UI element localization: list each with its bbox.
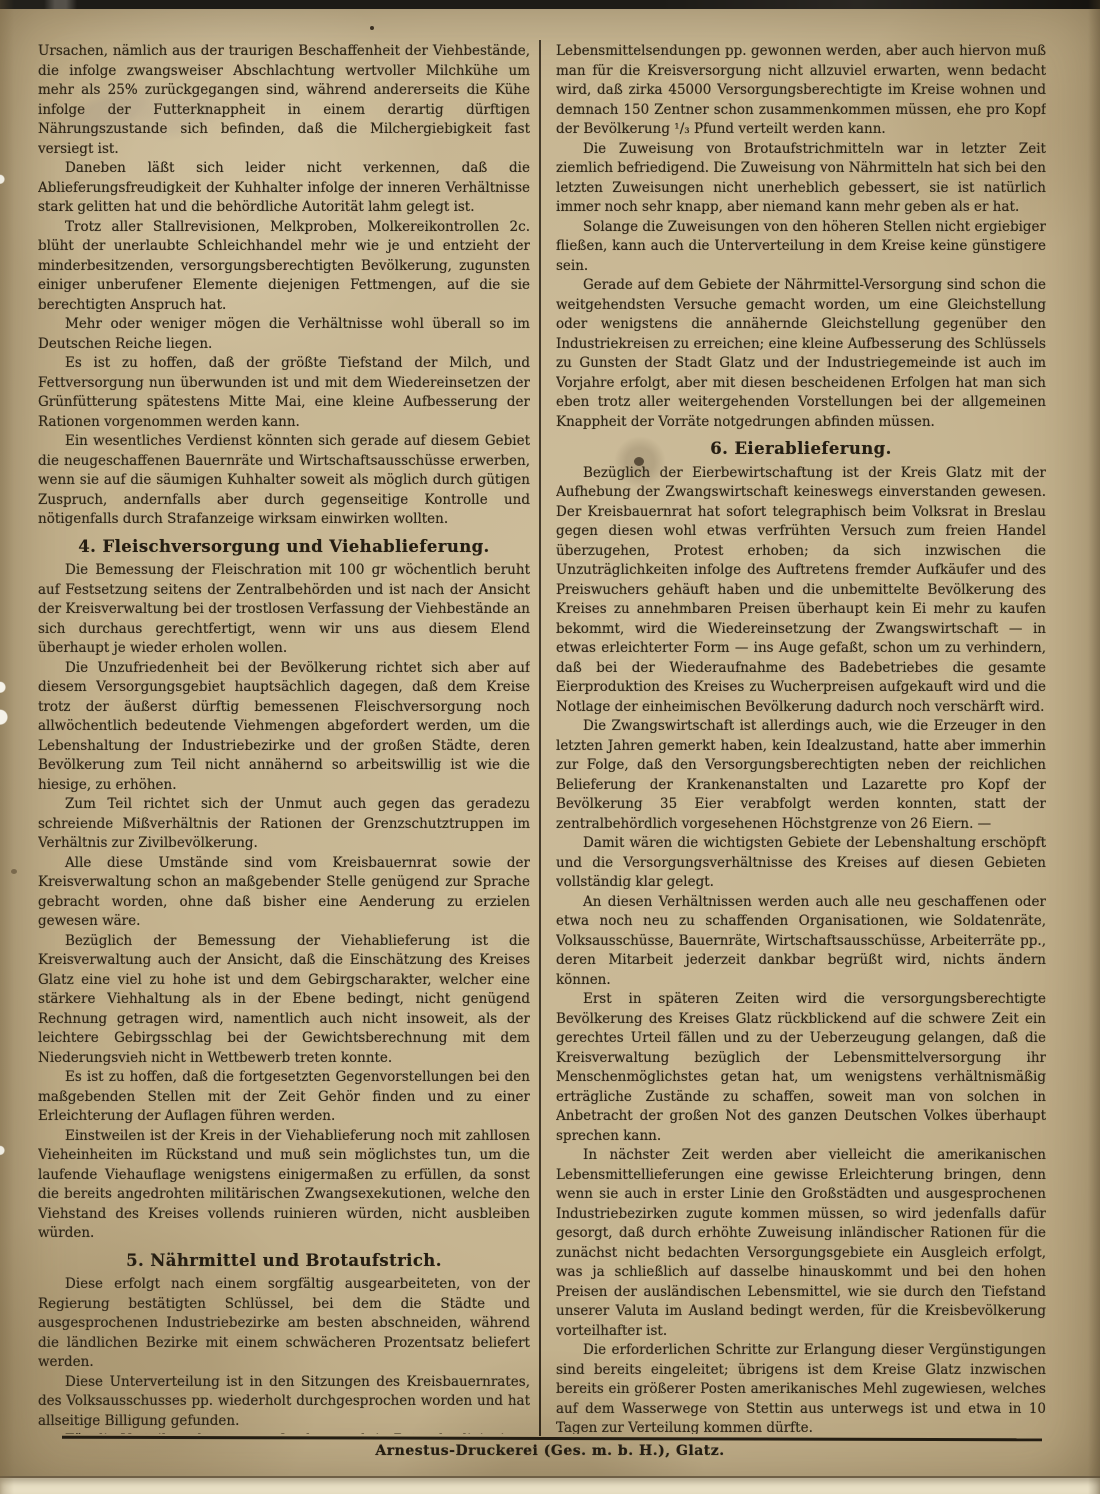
paragraph: Die Zwangswirtschaft ist allerdings auch… [556, 717, 1046, 834]
right-text-column: Lebensmittelsendungen pp. gewonnen werde… [556, 42, 1046, 1434]
paragraph: Die erforderlichen Schritte zur Erlangun… [556, 1341, 1046, 1434]
paragraph: Erst in späteren Zeiten wird die versorg… [556, 990, 1046, 1146]
left-text-column: Ursachen, nämlich aus der traurigen Besc… [38, 42, 530, 1434]
torn-paper-edge-left [0, 0, 14, 1494]
paragraph: Zum Teil richtet sich der Unmut auch geg… [38, 795, 530, 854]
section-heading: 5. Nährmittel und Brotaufstrich. [38, 1251, 530, 1271]
paragraph: Bezüglich der Eierbewirtschaftung ist de… [556, 464, 1046, 718]
paragraph: Solange die Zuweisungen von den höheren … [556, 218, 1046, 277]
paragraph: Für die Verteilung kommen außerdem noch … [38, 1431, 530, 1434]
paragraph: Diese Unterverteilung ist in den Sitzung… [38, 1373, 530, 1432]
scan-edge-bottom [0, 1476, 1100, 1494]
paragraph: Es ist zu hoffen, daß die fortgesetzten … [38, 1068, 530, 1127]
paragraph: Damit wären die wichtigsten Gebiete der … [556, 834, 1046, 893]
paragraph: Es ist zu hoffen, daß der größte Tiefsta… [38, 354, 530, 432]
paragraph: Die Zuweisung von Brotaufstrichmitteln w… [556, 140, 1046, 218]
paragraph: An diesen Verhältnissen werden auch alle… [556, 893, 1046, 991]
paragraph: Die Bemessung der Fleischration mit 100 … [38, 561, 530, 659]
paragraph: In nächster Zeit werden aber vielleicht … [556, 1146, 1046, 1341]
paragraph: Diese erfolgt nach einem sorgfältig ausg… [38, 1275, 530, 1373]
section-heading: 6. Eierablieferung. [556, 439, 1046, 459]
paragraph: Trotz aller Stallrevisionen, Melkproben,… [38, 218, 530, 316]
footer-rule [62, 1436, 1042, 1442]
scan-edge-right [1088, 0, 1100, 1494]
column-divider-rule [539, 40, 541, 1436]
paragraph: Ursachen, nämlich aus der traurigen Besc… [38, 42, 530, 159]
paragraph: Bezüglich der Bemessung der Viehabliefer… [38, 932, 530, 1069]
ink-blot [634, 457, 644, 466]
printer-imprint: Arnestus-Druckerei (Ges. m. b. H.), Glat… [0, 1443, 1100, 1459]
paragraph: Daneben läßt sich leider nicht verkennen… [38, 159, 530, 218]
paragraph: Alle diese Umstände sind vom Kreisbauern… [38, 854, 530, 932]
paragraph: Die Unzufriedenheit bei der Bevölkerung … [38, 659, 530, 796]
paragraph: Lebensmittelsendungen pp. gewonnen werde… [556, 42, 1046, 140]
ink-speck [370, 26, 374, 30]
scan-edge-top [0, 0, 1100, 9]
paragraph: Einstweilen ist der Kreis in der Viehabl… [38, 1127, 530, 1244]
paragraph: Mehr oder weniger mögen die Verhältnisse… [38, 315, 530, 354]
scanned-newspaper-page: Ursachen, nämlich aus der traurigen Besc… [0, 0, 1100, 1494]
paragraph: Gerade auf dem Gebiete der Nährmittel-Ve… [556, 276, 1046, 432]
section-heading: 4. Fleischversorgung und Viehablieferung… [38, 537, 530, 557]
paragraph: Ein wesentliches Verdienst könnten sich … [38, 432, 530, 530]
